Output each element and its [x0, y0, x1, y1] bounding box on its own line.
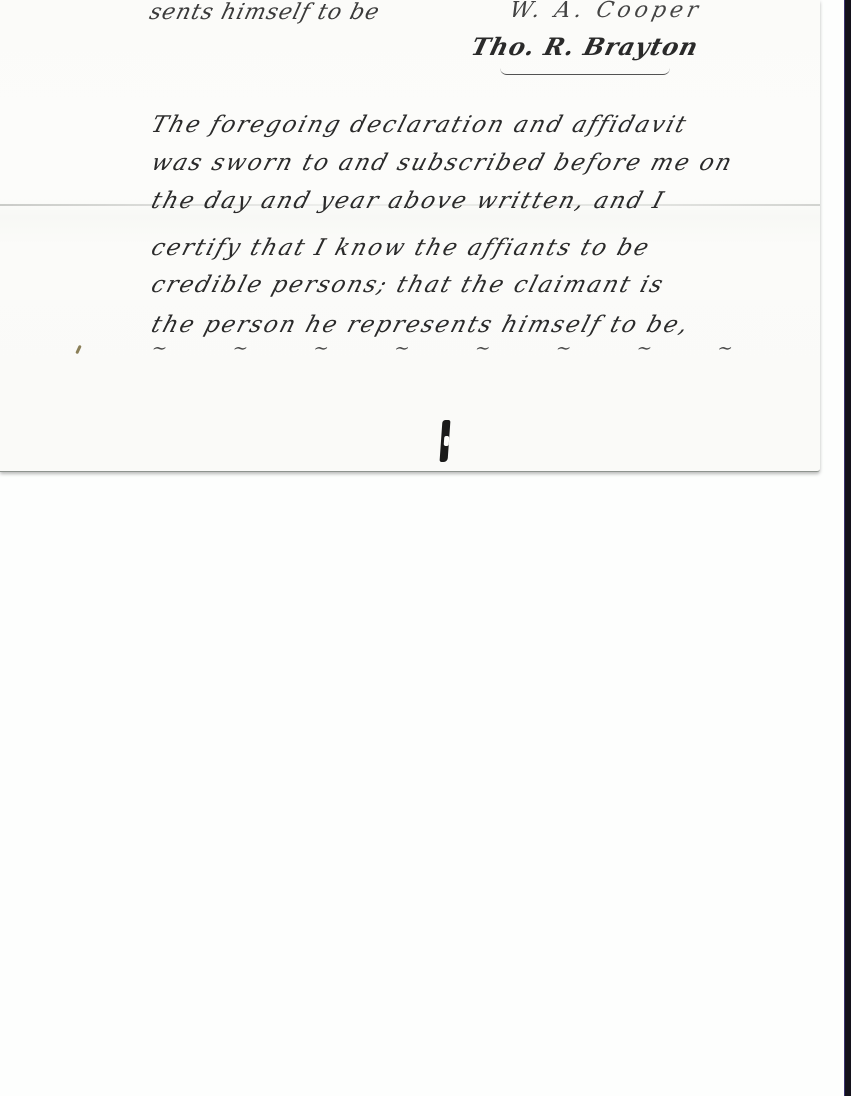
body-line: certify that I know the affiants to be — [148, 235, 653, 261]
scanner-edge-strip — [844, 0, 851, 1096]
body-line: the person he represents himself to be, — [148, 312, 692, 338]
signature-cooper: W. A. Cooper — [507, 0, 704, 23]
clipped-line-fragments: ~ ~ ~ ~ ~ ~ ~ ~ — [149, 338, 766, 359]
body-line: The foregoing declaration and affidavit — [148, 112, 691, 138]
body-line: was sworn to and subscribed before me on — [148, 150, 736, 176]
body-line: credible persons; that the claimant is — [148, 272, 667, 298]
signature-brayton: Tho. R. Brayton — [468, 32, 701, 61]
paper-speck — [75, 345, 82, 354]
top-text-fragment: sents himself to be — [147, 0, 383, 25]
paper-sheet: sents himself to be W. A. Cooper Tho. R.… — [0, 0, 820, 472]
body-line: the day and year above written, and I — [148, 188, 668, 214]
scanned-page: sents himself to be W. A. Cooper Tho. R.… — [0, 0, 851, 1096]
signature-flourish — [500, 68, 670, 75]
ink-mark — [440, 420, 451, 462]
